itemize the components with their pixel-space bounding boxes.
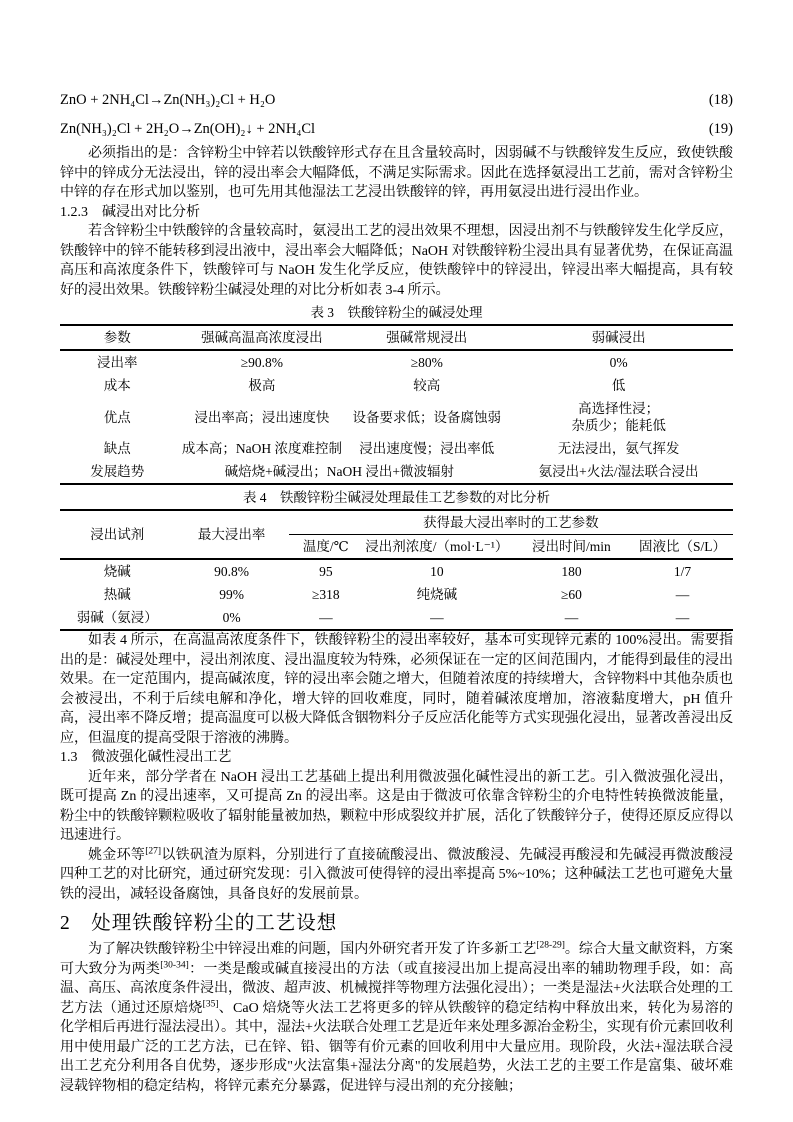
table-cell: — [632, 583, 733, 606]
table4-row-hot-alkali: 热碱 99% ≥318 纯烧碱 ≥60 — [60, 583, 733, 606]
table-cell: 弱碱（氨浸） [60, 606, 174, 630]
table-cell: 90.8% [174, 559, 288, 583]
table-cell: ≥90.8% [174, 350, 349, 374]
table-cell: 极高 [174, 374, 349, 397]
table-cell: 烧碱 [60, 559, 174, 583]
table4-header-max-rate: 最大浸出率 [174, 510, 288, 559]
table-cell: 浸出速度慢；浸出率低 [349, 437, 504, 460]
table3-header-strong-normal: 强碱常规浸出 [349, 325, 504, 350]
table-cell: 99% [174, 583, 288, 606]
table-cell: 较高 [349, 374, 504, 397]
table-cell: 95 [289, 559, 363, 583]
table-cell: 10 [363, 559, 511, 583]
table4-caption: 表 4 铁酸锌粉尘碱浸处理最佳工艺参数的对比分析 [60, 489, 733, 507]
citation-35: [35] [203, 999, 219, 1009]
table-cell: 成本 [60, 374, 174, 397]
table-cell: 氨浸出+火法/湿法联合浸出 [504, 460, 733, 484]
table-cell: 无法浸出，氨气挥发 [504, 437, 733, 460]
paragraph-process-ideas: 为了解决铁酸锌粉尘中锌浸出难的问题，国内外研究者开发了许多新工艺[28-29]。… [60, 940, 733, 1096]
table-cell: ≥318 [289, 583, 363, 606]
table3: 参数 强碱高温高浓度浸出 强碱常规浸出 弱碱浸出 浸出率 ≥90.8% ≥80%… [60, 324, 733, 485]
table-cell: 1/7 [632, 559, 733, 583]
paragraph-yao-study: 姚金环等[27]以铁矾渣为原料，分别进行了直接硫酸浸出、微波酸浸、先碱浸再酸浸和… [60, 846, 733, 905]
citation-28-29: [28-29] [536, 940, 565, 950]
table4-header-concentration: 浸出剂浓度/（mol·L⁻¹） [363, 535, 511, 560]
table-cell: 缺点 [60, 437, 174, 460]
table3-row-trend: 发展趋势 碱焙烧+碱浸出；NaOH 浸出+微波辐射 氨浸出+火法/湿法联合浸出 [60, 460, 733, 484]
table-cell: 优点 [60, 397, 174, 437]
table3-header-param: 参数 [60, 325, 174, 350]
equation-18-number: (18) [709, 86, 733, 115]
heading-1-2-3: 1.2.3 碱浸出对比分析 [60, 203, 733, 223]
paragraph-microwave-intro: 近年来，部分学者在 NaOH 浸出工艺基础上提出利用微波强化碱性浸出的新工艺。引… [60, 768, 733, 846]
table3-row-disadvantages: 缺点 成本高；NaOH 浓度难控制 浸出速度慢；浸出率低 无法浸出，氨气挥发 [60, 437, 733, 460]
table-cell: 低 [504, 374, 733, 397]
table3-header-row: 参数 强碱高温高浓度浸出 强碱常规浸出 弱碱浸出 [60, 325, 733, 350]
table4-header-reagent: 浸出试剂 [60, 510, 174, 559]
paragraph-ammonia-note: 必须指出的是：含锌粉尘中锌若以铁酸锌形式存在且含量较高时，因弱碱不与铁酸锌发生反… [60, 144, 733, 203]
table4-row-caustic: 烧碱 90.8% 95 10 180 1/7 [60, 559, 733, 583]
table3-row-leach-rate: 浸出率 ≥90.8% ≥80% 0% [60, 350, 733, 374]
citation-30-34: [30-34] [160, 960, 189, 970]
equation-18: ZnO + 2NH₄Cl→Zn(NH₃)₂Cl + H₂O (18) [60, 86, 733, 115]
table-cell: 碱焙烧+碱浸出；NaOH 浸出+微波辐射 [174, 460, 504, 484]
table3-header-strong-hot: 强碱高温高浓度浸出 [174, 325, 349, 350]
table3-caption: 表 3 铁酸锌粉尘的碱浸处理 [60, 304, 733, 322]
table-cell: 纯烧碱 [363, 583, 511, 606]
table-cell: 设备要求低；设备腐蚀弱 [349, 397, 504, 437]
table3-header-weak: 弱碱浸出 [504, 325, 733, 350]
citation-27: [27] [145, 846, 161, 856]
table4-header-temperature: 温度/℃ [289, 535, 363, 560]
table-cell: 发展趋势 [60, 460, 174, 484]
table-cell: 高选择性浸； 杂质少；能耗低 [504, 397, 733, 437]
table4: 浸出试剂 最大浸出率 获得最大浸出率时的工艺参数 温度/℃ 浸出剂浓度/（mol… [60, 509, 733, 631]
table4-header-row-1: 浸出试剂 最大浸出率 获得最大浸出率时的工艺参数 [60, 510, 733, 535]
table-cell: ≥60 [511, 583, 632, 606]
text-segment: 姚金环等 [88, 848, 145, 863]
paragraph-table4-discussion: 如表 4 所示，在高温高浓度条件下，铁酸锌粉尘的浸出率较好，基本可实现锌元素的 … [60, 631, 733, 748]
table4-header-group: 获得最大浸出率时的工艺参数 [289, 510, 733, 535]
table-cell: 0% [504, 350, 733, 374]
table3-row-advantages: 优点 浸出率高；浸出速度快 设备要求低；设备腐蚀弱 高选择性浸； 杂质少；能耗低 [60, 397, 733, 437]
heading-section-2: 2 处理铁酸锌粉尘的工艺设想 [60, 911, 733, 936]
table-cell: 0% [174, 606, 288, 630]
table-cell: ≥80% [349, 350, 504, 374]
equation-18-formula: ZnO + 2NH₄Cl→Zn(NH₃)₂Cl + H₂O [60, 86, 275, 115]
equation-19: Zn(NH₃)₂Cl + 2H₂O→Zn(OH)₂↓ + 2NH₄Cl (19) [60, 115, 733, 144]
table4-header-solid-liquid: 固液比（S/L） [632, 535, 733, 560]
table-cell: — [632, 606, 733, 630]
table-cell: 浸出率 [60, 350, 174, 374]
table-cell: — [289, 606, 363, 630]
heading-1-3: 1.3 微波强化碱性浸出工艺 [60, 748, 733, 768]
equation-19-formula: Zn(NH₃)₂Cl + 2H₂O→Zn(OH)₂↓ + 2NH₄Cl [60, 115, 315, 144]
table-cell: — [511, 606, 632, 630]
table4-header-time: 浸出时间/min [511, 535, 632, 560]
table-cell: 成本高；NaOH 浓度难控制 [174, 437, 349, 460]
table-cell: 热碱 [60, 583, 174, 606]
table-cell: — [363, 606, 511, 630]
table3-row-cost: 成本 极高 较高 低 [60, 374, 733, 397]
text-segment: 以铁矾渣为原料，分别进行了直接硫酸浸出、微波酸浸、先碱浸再酸浸和先碱浸再微波酸浸… [60, 848, 733, 902]
paragraph-alkali-comparison: 若含锌粉尘中铁酸锌的含量较高时，氨浸出工艺的浸出效果不理想，因浸出剂不与铁酸锌发… [60, 222, 733, 300]
table-cell: 浸出率高；浸出速度快 [174, 397, 349, 437]
equation-19-number: (19) [709, 115, 733, 144]
table-cell: 180 [511, 559, 632, 583]
table4-row-weak-alkali: 弱碱（氨浸） 0% — — — — [60, 606, 733, 630]
paper-page: ZnO + 2NH₄Cl→Zn(NH₃)₂Cl + H₂O (18) Zn(NH… [0, 0, 793, 1122]
text-segment: 为了解决铁酸锌粉尘中锌浸出难的问题，国内外研究者开发了许多新工艺 [88, 942, 536, 957]
